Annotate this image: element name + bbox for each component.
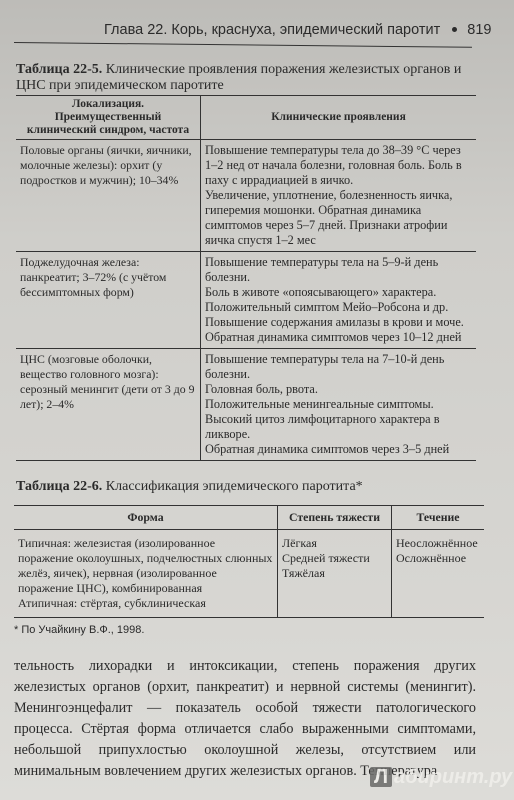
table-row: Половые органы (яички, яичники, молочные…	[16, 140, 476, 252]
manifestation-line: Обратная динамика симптомов через 10–12 …	[205, 330, 472, 345]
manifestation-line: Обратная динамика симптомов через 3–5 дн…	[205, 442, 472, 457]
course-item: Неосложнённое	[396, 536, 480, 551]
watermark-text: абиринт.ру	[394, 766, 512, 788]
table2-caption: Таблица 22-6. Классификация эпидемическо…	[16, 479, 363, 495]
footnote: * По Учайкину В.Ф., 1998.	[14, 624, 144, 636]
row3-localization: ЦНС (мозговые оболочки, вещество головно…	[16, 349, 201, 461]
manifestation-line: Положительные менингеальные симптомы.	[205, 397, 472, 412]
form-cell: Типичная: железистая (изолированное пора…	[14, 530, 278, 618]
severity-item: Средней тяжести	[282, 551, 387, 566]
table-row: Поджелудочная железа: панкреатит; 3–72% …	[16, 252, 476, 349]
manifestation-line: Головная боль, рвота.	[205, 382, 472, 397]
table1-header-localization: Локализация. Преимущественный клинически…	[16, 96, 201, 140]
running-head: Глава 22. Корь, краснуха, эпидемический …	[104, 22, 491, 38]
manifestation-line: Высокий цитоз лимфоцитарного характера в…	[205, 412, 472, 442]
row2-localization: Поджелудочная железа: панкреатит; 3–72% …	[16, 252, 201, 349]
table2-label: Таблица 22-6.	[16, 479, 102, 494]
book-page: Глава 22. Корь, краснуха, эпидемический …	[0, 0, 514, 800]
course-cell: Неосложнённое Осложнённое	[392, 530, 485, 618]
table2-header-form: Форма	[14, 506, 278, 530]
manifestation-line: Повышение температуры тела на 7–10-й ден…	[205, 352, 472, 382]
row3-manifestations: Повышение температуры тела на 7–10-й ден…	[201, 349, 477, 461]
table-clinical-manifestations: Локализация. Преимущественный клинически…	[16, 95, 476, 461]
table2-header-severity: Степень тяжести	[278, 506, 392, 530]
course-item: Осложнённое	[396, 551, 480, 566]
form-atypical: Атипичная: стёртая, субклиническая	[18, 596, 273, 611]
table1-header-manifestations: Клинические проявления	[201, 96, 477, 140]
header-rule	[14, 42, 472, 48]
table-row: Типичная: железистая (изолированное пора…	[14, 530, 484, 618]
table2-header-course: Течение	[392, 506, 485, 530]
row1-manifestations: Повышение температуры тела до 38–39 °С ч…	[201, 140, 477, 252]
row2-manifestations: Повышение температуры тела на 5–9-й день…	[201, 252, 477, 349]
table-row: ЦНС (мозговые оболочки, вещество головно…	[16, 349, 476, 461]
watermark: Лабиринт.ру	[370, 766, 512, 789]
severity-item: Тяжёлая	[282, 566, 387, 581]
row1-localization: Половые органы (яички, яичники, молочные…	[16, 140, 201, 252]
page-number: 819	[467, 22, 491, 38]
severity-cell: Лёгкая Средней тяжести Тяжёлая	[278, 530, 392, 618]
bullet-icon	[452, 27, 457, 32]
severity-item: Лёгкая	[282, 536, 387, 551]
manifestation-line: Увеличение, уплотнение, болезненность яи…	[205, 188, 472, 248]
manifestation-line: Повышение содержания амилазы в крови и м…	[205, 315, 472, 330]
chapter-title: Глава 22. Корь, краснуха, эпидемический …	[104, 22, 440, 38]
manifestation-line: Повышение температуры тела до 38–39 °С ч…	[205, 143, 472, 188]
form-typical: Типичная: железистая (изолированное пора…	[18, 536, 273, 596]
table1-label: Таблица 22-5.	[16, 62, 102, 77]
manifestation-line: Боль в животе «опоясывающего» характера.	[205, 285, 472, 300]
body-paragraph: тельность лихорадки и интоксикации, степ…	[14, 656, 476, 782]
manifestation-line: Повышение температуры тела на 5–9-й день…	[205, 255, 472, 285]
table1-caption: Таблица 22-5. Клинические проявления пор…	[16, 62, 476, 94]
table2-title: Классификация эпидемического паротита*	[106, 479, 363, 494]
manifestation-line: Положительный симптом Мейо–Робсона и др.	[205, 300, 472, 315]
labirint-logo-icon: Л	[370, 767, 392, 787]
table-classification: Форма Степень тяжести Течение Типичная: …	[14, 505, 484, 618]
